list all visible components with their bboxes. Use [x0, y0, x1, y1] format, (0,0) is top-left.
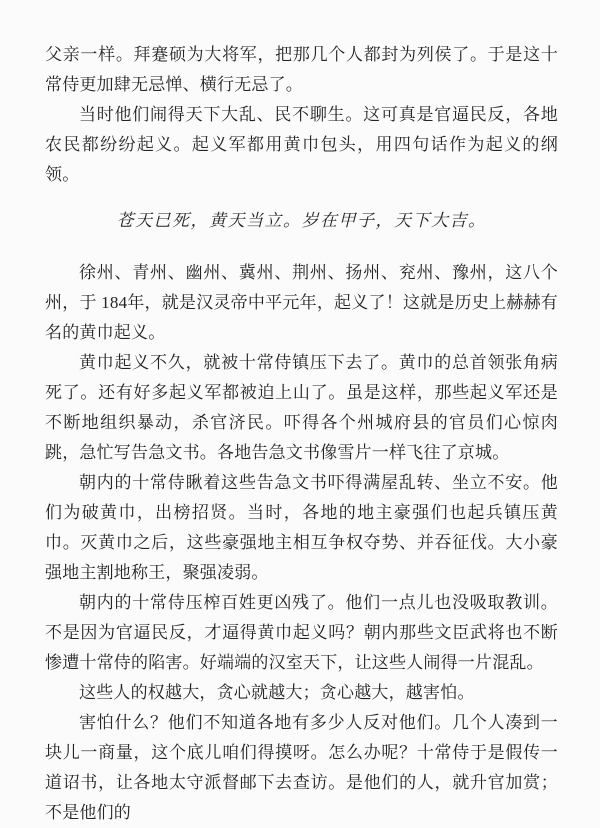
paragraph: 黄巾起义不久，就被十常侍镇压下去了。黄巾的总首领张角病死了。还有好多起义军都被迫… [45, 348, 558, 468]
paragraph: 朝内的十常侍瞅着这些告急文书吓得满屋乱转、坐立不安。他们为破黄巾，出榜招贤。当时… [45, 468, 558, 588]
paragraph: 朝内的十常侍压榨百姓更凶残了。他们一点儿也没吸取教训。不是因为官逼民反，才逼得黄… [45, 588, 558, 678]
paragraph: 这些人的权越大，贪心就越大；贪心越大，越害怕。 [45, 678, 558, 708]
paragraph: 徐州、青州、幽州、冀州、荆州、扬州、兖州、豫州，这八个州，于 184年，就是汉灵… [45, 258, 558, 348]
document-page: 父亲一样。拜蹇硕为大将军，把那几个人都封为列侯了。于是这十常侍更加肆无忌惮、横行… [45, 40, 558, 800]
paragraph: 害怕什么？他们不知道各地有多少人反对他们。几个人凑到一块儿一商量，这个底儿咱们得… [45, 708, 558, 800]
paragraph-continuation: 父亲一样。拜蹇硕为大将军，把那几个人都封为列侯了。于是这十常侍更加肆无忌惮、横行… [45, 40, 558, 100]
quote-line: 苍天已死，黄天当立。岁在甲子，天下大吉。 [45, 206, 558, 236]
paragraph: 当时他们闹得天下大乱、民不聊生。这可真是官逼民反，各地农民都纷纷起义。起义军都用… [45, 100, 558, 190]
